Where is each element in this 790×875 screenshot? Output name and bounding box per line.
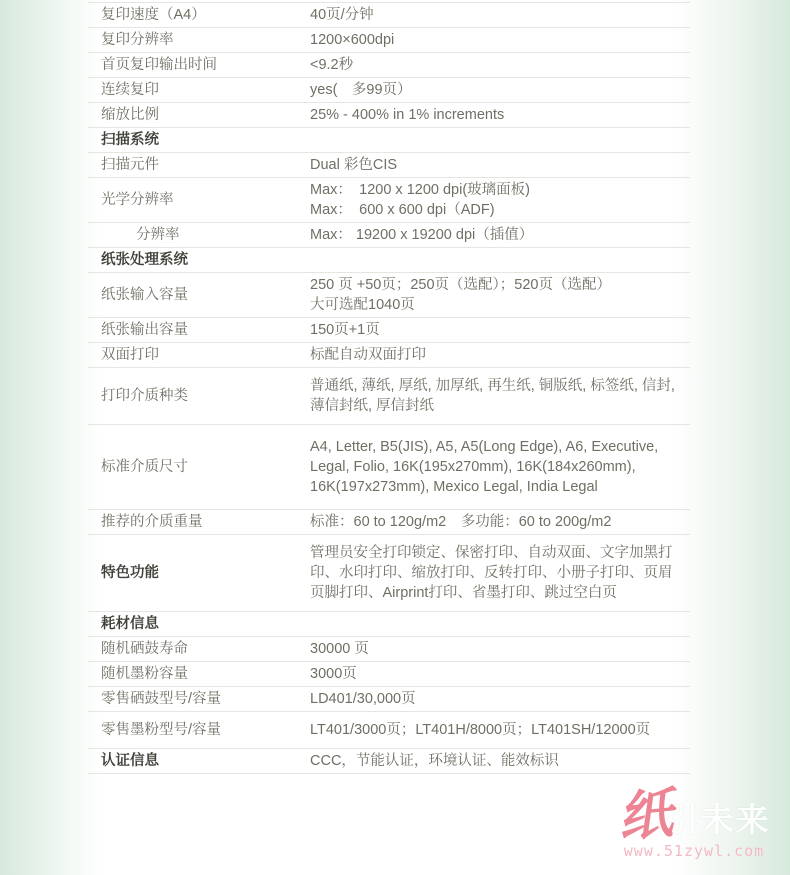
section-header-label: 扫描系统 xyxy=(88,130,159,150)
watermark-brand-rest: 引未来 xyxy=(666,803,771,836)
spec-row-label: 认证信息 xyxy=(88,751,310,771)
spec-row: 光学分辨率Max： 1200 x 1200 dpi(玻璃面板) Max： 600… xyxy=(88,178,690,223)
spec-row-value: 250 页 +50页；250页（选配）；520页（选配） 大可选配1040页 xyxy=(310,275,690,315)
spec-row-label: 特色功能 xyxy=(88,563,310,583)
spec-row-value: 40页/分钟 xyxy=(310,5,690,25)
spec-row-label: 扫描元件 xyxy=(88,155,310,175)
spec-row-label: 复印分辨率 xyxy=(88,30,310,50)
spec-row-value: 普通纸, 薄纸, 厚纸, 加厚纸, 再生纸, 铜版纸, 标签纸, 信封,薄信封纸… xyxy=(310,376,690,416)
spec-row: 分辨率Max： 19200 x 19200 dpi（插值） xyxy=(88,223,690,248)
spec-row-value: Max： 19200 x 19200 dpi（插值） xyxy=(310,225,690,245)
spec-row-label: 随机硒鼓寿命 xyxy=(88,639,310,659)
spec-row: 随机墨粉容量3000页 xyxy=(88,662,690,687)
spec-row-value: Dual 彩色CIS xyxy=(310,155,690,175)
spec-row: 复印分辨率1200×600dpi xyxy=(88,28,690,53)
spec-row: 纸张输出容量150页+1页 xyxy=(88,318,690,343)
spec-row: 认证信息CCC，节能认证，环境认证、能效标识 xyxy=(88,749,690,774)
spec-row-label: 打印介质种类 xyxy=(88,386,310,406)
spec-row-label: 随机墨粉容量 xyxy=(88,664,310,684)
spec-row-value: CCC，节能认证，环境认证、能效标识 xyxy=(310,751,690,771)
spec-row-label: 复印速度（A4） xyxy=(88,5,310,25)
spec-row-value: Max： 1200 x 1200 dpi(玻璃面板) Max： 600 x 60… xyxy=(310,180,690,220)
section-header-row: 耗材信息 xyxy=(88,612,690,637)
spec-row: 打印介质种类普通纸, 薄纸, 厚纸, 加厚纸, 再生纸, 铜版纸, 标签纸, 信… xyxy=(88,368,690,425)
spec-row-value: 30000 页 xyxy=(310,639,690,659)
spec-row-value: 标配自动双面打印 xyxy=(310,345,690,365)
spec-row-value: LT401/3000页；LT401H/8000页；LT401SH/12000页 xyxy=(310,720,690,740)
spec-row: 双面打印标配自动双面打印 xyxy=(88,343,690,368)
spec-row-label: 分辨率 xyxy=(88,225,310,245)
spec-row-label: 推荐的介质重量 xyxy=(88,512,310,532)
spec-row-label: 光学分辨率 xyxy=(88,190,310,210)
section-header-label: 耗材信息 xyxy=(88,614,159,634)
section-header-row: 纸张处理系统 xyxy=(88,248,690,273)
spec-row-value: 1200×600dpi xyxy=(310,30,690,50)
watermark-brand-first-char: 纸 xyxy=(615,785,674,844)
spec-row: 随机硒鼓寿命30000 页 xyxy=(88,637,690,662)
spec-row-label: 双面打印 xyxy=(88,345,310,365)
watermark-brand: 纸 引未来 xyxy=(604,788,784,842)
spec-row-label: 缩放比例 xyxy=(88,105,310,125)
spec-row-value: <9.2秒 xyxy=(310,55,690,75)
spec-row-label: 纸张输出容量 xyxy=(88,320,310,340)
spec-table: 复印速度（A4）40页/分钟复印分辨率1200×600dpi首页复印输出时间<9… xyxy=(88,2,690,774)
spec-row-value: 3000页 xyxy=(310,664,690,684)
site-watermark: 纸 引未来 www.51zywl.com xyxy=(604,788,784,859)
section-header-label: 纸张处理系统 xyxy=(88,250,188,270)
spec-row-value: 150页+1页 xyxy=(310,320,690,340)
spec-row-label: 连续复印 xyxy=(88,80,310,100)
spec-row-label: 纸张输入容量 xyxy=(88,285,310,305)
spec-row-label: 标准介质尺寸 xyxy=(88,457,310,477)
spec-row: 连续复印yes( 多99页） xyxy=(88,78,690,103)
spec-row-value: LD401/30,000页 xyxy=(310,689,690,709)
watermark-url: www.51zywl.com xyxy=(604,844,784,859)
spec-row-value: yes( 多99页） xyxy=(310,80,690,100)
spec-row: 标准介质尺寸A4, Letter, B5(JIS), A5, A5(Long E… xyxy=(88,425,690,510)
spec-row: 零售硒鼓型号/容量LD401/30,000页 xyxy=(88,687,690,712)
spec-row: 复印速度（A4）40页/分钟 xyxy=(88,3,690,28)
spec-row: 缩放比例25% - 400% in 1% increments xyxy=(88,103,690,128)
spec-row: 零售墨粉型号/容量LT401/3000页；LT401H/8000页；LT401S… xyxy=(88,712,690,749)
spec-row-label: 零售硒鼓型号/容量 xyxy=(88,689,310,709)
spec-row-value: 管理员安全打印锁定、保密打印、自动双面、文字加黑打印、水印打印、缩放打印、反转打… xyxy=(310,543,690,603)
spec-row: 特色功能管理员安全打印锁定、保密打印、自动双面、文字加黑打印、水印打印、缩放打印… xyxy=(88,535,690,612)
spec-row-value: 25% - 400% in 1% increments xyxy=(310,105,690,125)
spec-row: 纸张输入容量250 页 +50页；250页（选配）；520页（选配） 大可选配1… xyxy=(88,273,690,318)
spec-row: 推荐的介质重量标准：60 to 120g/m2 多功能：60 to 200g/m… xyxy=(88,510,690,535)
spec-row: 扫描元件Dual 彩色CIS xyxy=(88,153,690,178)
spec-row: 首页复印输出时间<9.2秒 xyxy=(88,53,690,78)
spec-row-value: A4, Letter, B5(JIS), A5, A5(Long Edge), … xyxy=(310,437,690,497)
spec-row-value: 标准：60 to 120g/m2 多功能：60 to 200g/m2 xyxy=(310,512,690,532)
spec-row-label: 零售墨粉型号/容量 xyxy=(88,720,310,740)
spec-row-label: 首页复印输出时间 xyxy=(88,55,310,75)
section-header-row: 扫描系统 xyxy=(88,128,690,153)
